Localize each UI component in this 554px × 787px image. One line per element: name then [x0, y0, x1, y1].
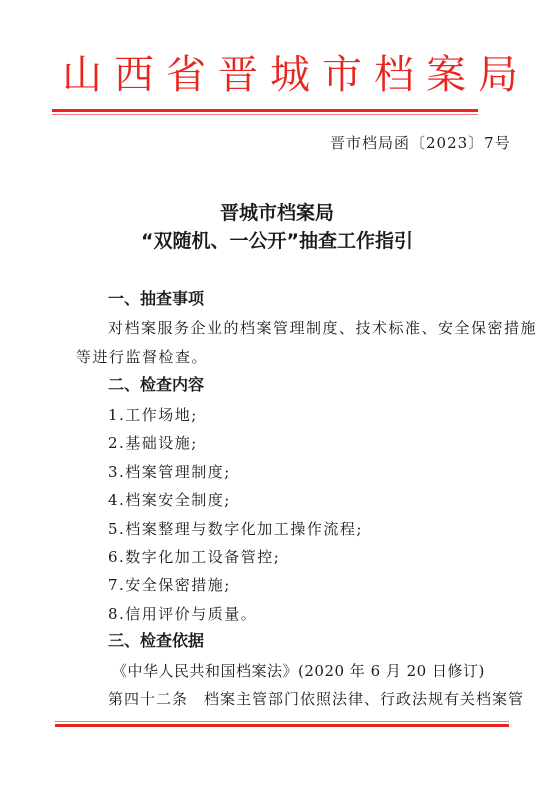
- document-title-line2: “双随机、一公开”抽查工作指引: [0, 229, 554, 253]
- list-item: 3.档案管理制度;: [108, 461, 231, 483]
- section-1-body-line2: 等进行监督检查。: [76, 346, 208, 368]
- footer-rule-thin: [55, 721, 509, 722]
- list-item: 5.档案整理与数字化加工操作流程;: [108, 518, 363, 540]
- organization-header: 山西省晋城市档案局: [62, 52, 530, 98]
- section-heading-3: 三、检查依据: [108, 630, 204, 652]
- article-text: 第四十二条 档案主管部门依照法律、行政法规有关档案管: [108, 688, 524, 710]
- list-item: 2.基础设施;: [108, 432, 198, 454]
- header-rule-thin: [52, 114, 478, 115]
- law-citation: 《中华人民共和国档案法》(2020 年 6 月 20 日修订): [112, 660, 485, 682]
- footer-rule-thick: [55, 724, 509, 727]
- section-1-body-line1: 对档案服务企业的档案管理制度、技术标准、安全保密措施: [108, 317, 537, 339]
- section-heading-2: 二、检查内容: [108, 374, 204, 396]
- list-item: 4.档案安全制度;: [108, 489, 231, 511]
- document-number: 晋市档局函〔2023〕7号: [330, 133, 511, 153]
- list-item: 6.数字化加工设备管控;: [108, 546, 280, 568]
- list-item: 8.信用评价与质量。: [108, 603, 257, 625]
- header-rule-thick: [52, 109, 478, 112]
- list-item: 7.安全保密措施;: [108, 574, 231, 596]
- document-title-line1: 晋城市档案局: [0, 201, 554, 225]
- list-item: 1.工作场地;: [108, 404, 198, 426]
- section-heading-1: 一、抽查事项: [108, 288, 204, 310]
